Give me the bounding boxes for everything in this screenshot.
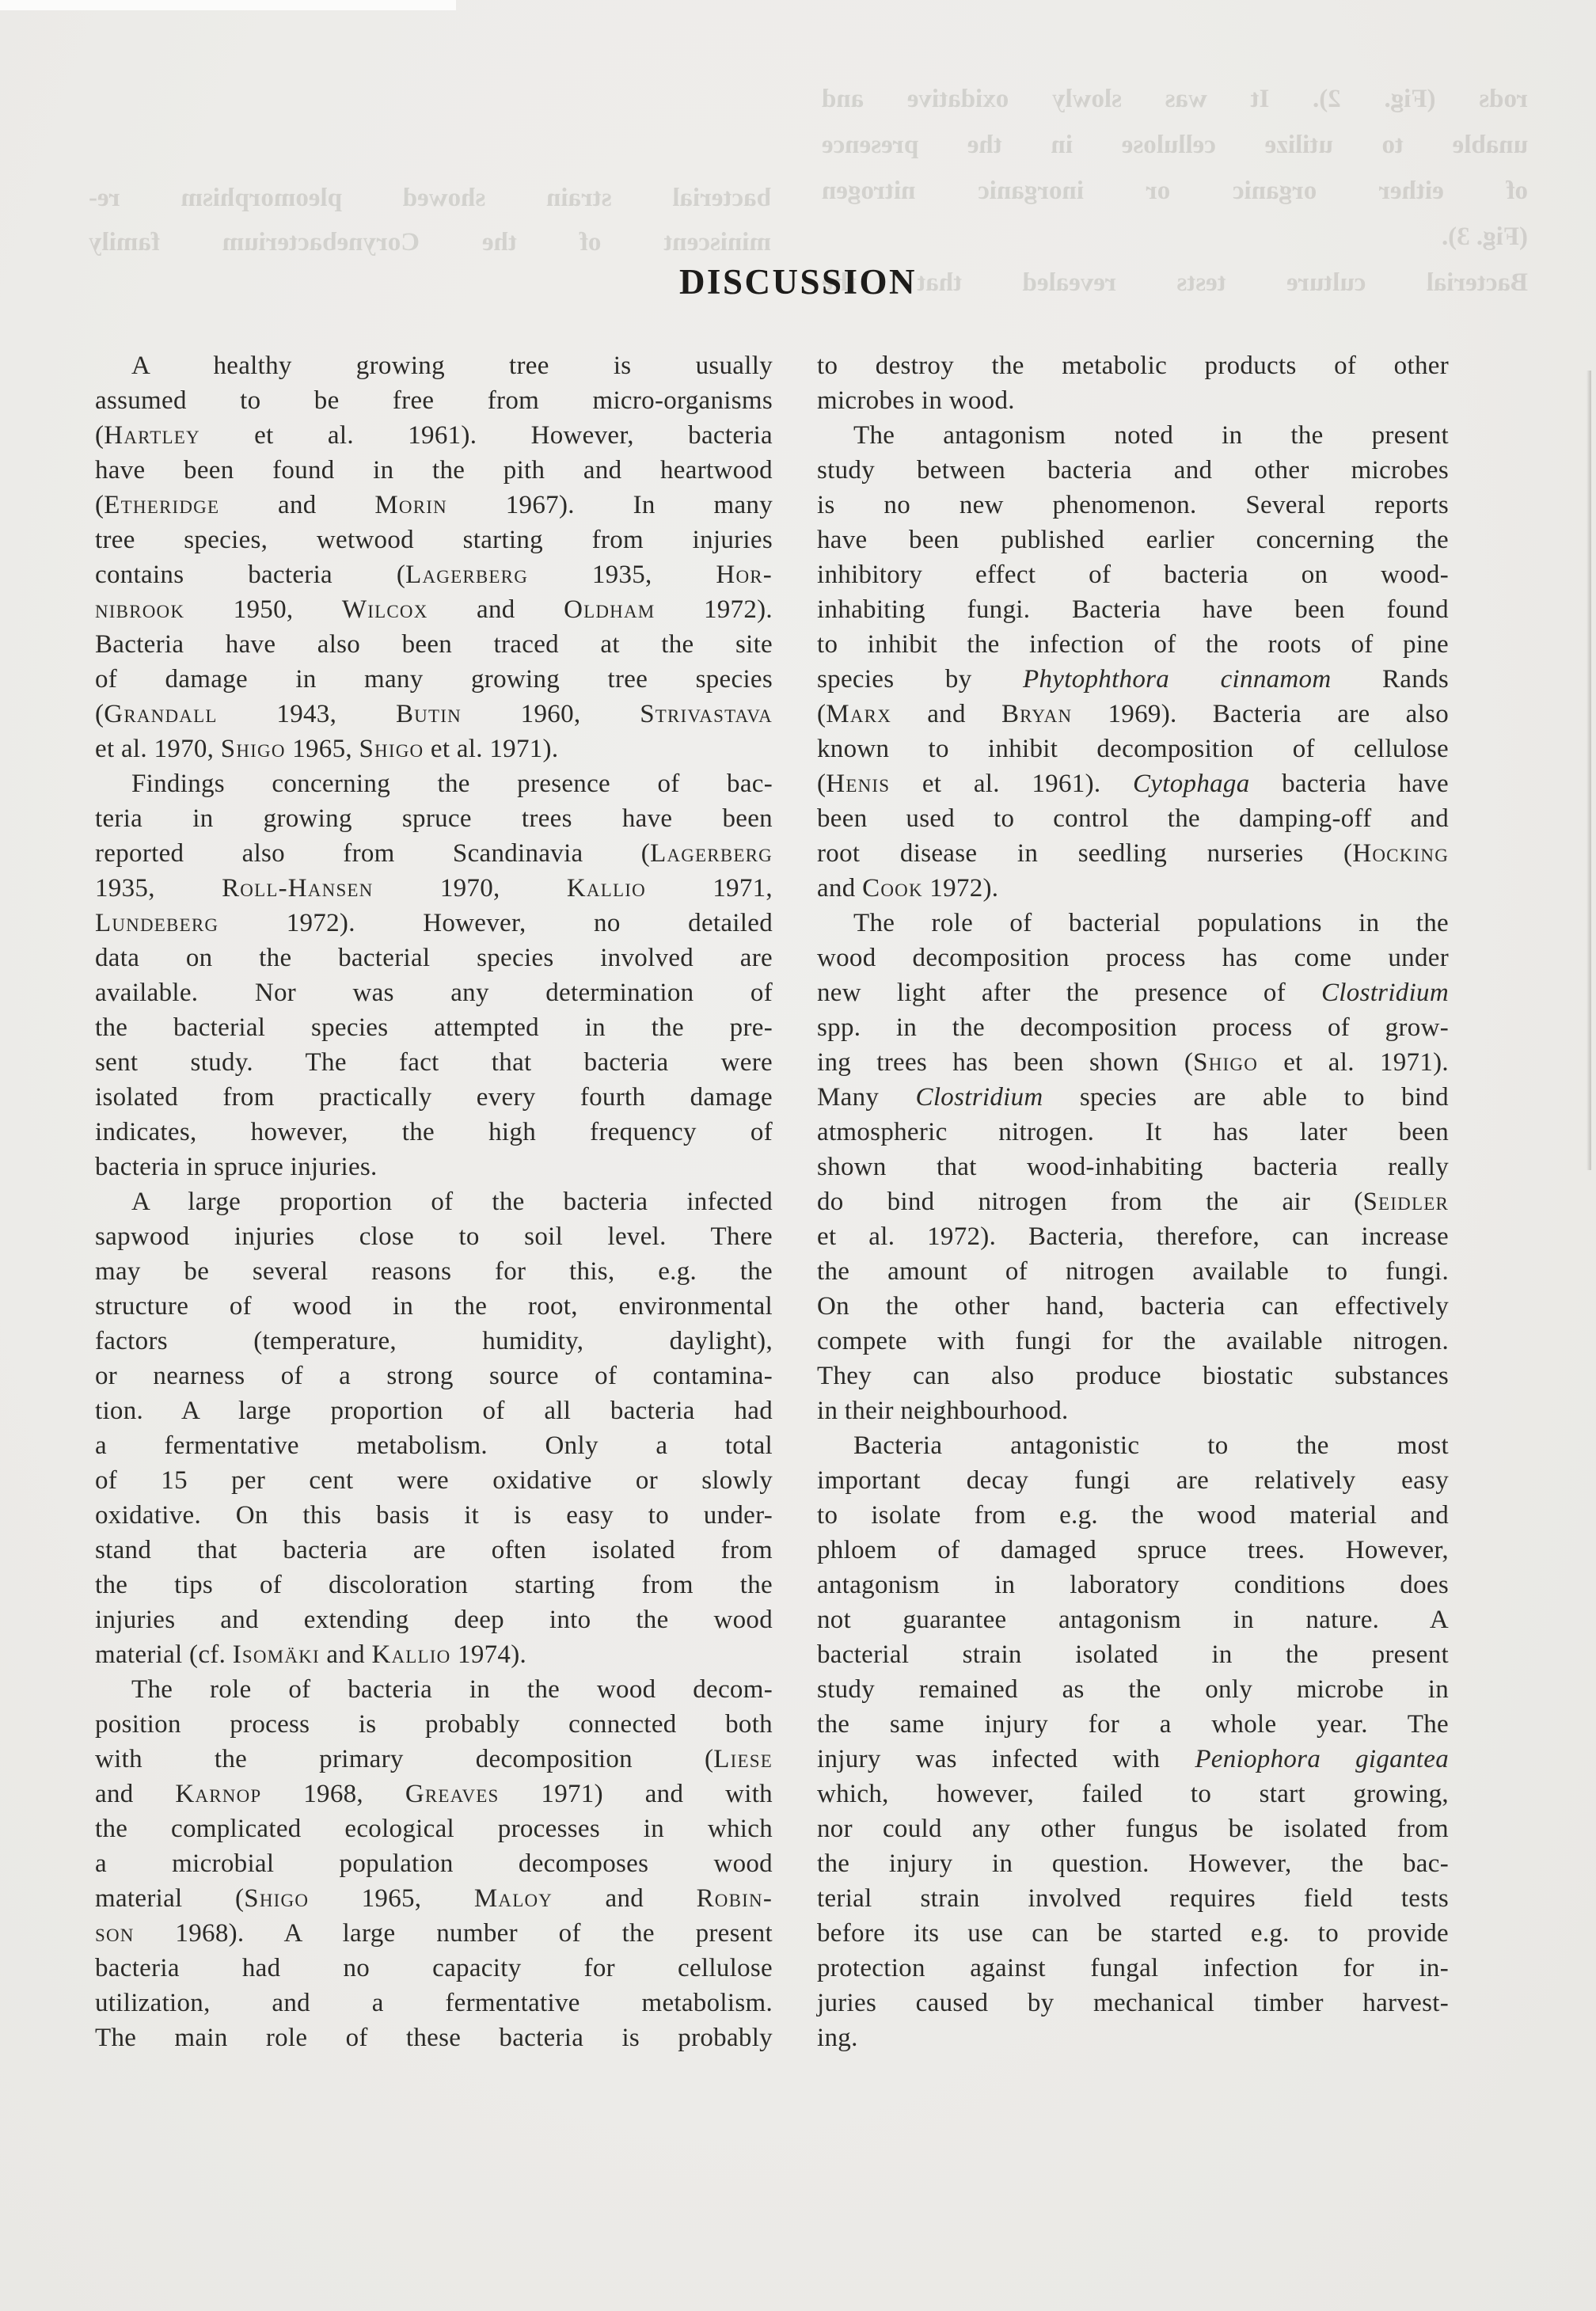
text-line: study remained as the only microbe in: [817, 1672, 1449, 1707]
text-line: The role of bacteria in the wood decom-: [95, 1672, 773, 1707]
text-line: in their neighbourhood.: [817, 1393, 1449, 1428]
text-line: may be several reasons for this, e.g. th…: [95, 1254, 773, 1289]
species-italic: Clostridium: [1321, 979, 1449, 1007]
author-smallcaps: Wilcox: [342, 595, 428, 624]
text-line: the tips of discoloration starting from …: [95, 1568, 773, 1602]
text-line: Lundeberg 1972). However, no detailed: [95, 906, 773, 941]
author-smallcaps: Butin: [396, 700, 462, 728]
author-smallcaps: Shigo: [244, 1884, 309, 1913]
author-smallcaps: Shigo: [359, 735, 424, 763]
text-line: a microbial population decomposes wood: [95, 1846, 773, 1881]
text-line: compete with fungi for the available nit…: [817, 1324, 1449, 1359]
text-line: teria in growing spruce trees have been: [95, 801, 773, 836]
text-line: bacteria had no capacity for cellulose: [95, 1951, 773, 1986]
page-crease: [1586, 371, 1591, 1170]
text-line: been used to control the damping-off and: [817, 801, 1449, 836]
author-smallcaps: Maloy: [474, 1884, 553, 1913]
text-line: and Karnop 1968, Greaves 1971) and with: [95, 1777, 773, 1811]
text-line: contains bacteria (Lagerberg 1935, Hor-: [95, 557, 773, 592]
text-line: material (cf. Isomäki and Kallio 1974).: [95, 1637, 773, 1672]
author-smallcaps: Liese: [713, 1745, 773, 1773]
text-line: unable to utilize cellulose in the prese…: [822, 122, 1528, 168]
author-smallcaps: Cook: [862, 874, 923, 903]
text-line: A healthy growing tree is usually: [95, 348, 773, 383]
text-line: bacteria in spruce injuries.: [95, 1150, 773, 1184]
text-line: to inhibit the infection of the roots of…: [817, 627, 1449, 662]
text-line: tree species, wetwood starting from inju…: [95, 523, 773, 557]
text-line: sapwood injuries close to soil level. Th…: [95, 1219, 773, 1254]
author-smallcaps: Robin-: [697, 1884, 773, 1913]
text-line: assumed to be free from micro-organisms: [95, 383, 773, 418]
text-line: the complicated ecological processes in …: [95, 1811, 773, 1846]
section-heading: DISCUSSION: [0, 261, 1596, 302]
author-smallcaps: Isomäki: [233, 1640, 320, 1669]
text-line: species by Phytophthora cinnamom Rands: [817, 662, 1449, 697]
author-smallcaps: Shigo: [221, 735, 286, 763]
text-line: of 15 per cent were oxidative or slowly: [95, 1463, 773, 1498]
text-line: juries caused by mechanical timber harve…: [817, 1986, 1449, 2020]
text-line: injury was infected with Peniophora giga…: [817, 1742, 1449, 1777]
text-line: (Hartley et al. 1961). However, bacteria: [95, 418, 773, 453]
text-line: ing.: [817, 2020, 1449, 2055]
text-line: et al. 1972). Bacteria, therefore, can i…: [817, 1219, 1449, 1254]
text-line: Many Clostridium species are able to bin…: [817, 1080, 1449, 1115]
text-line: oxidative. On this basis it is easy to u…: [95, 1498, 773, 1533]
text-line: the injury in question. However, the bac…: [817, 1846, 1449, 1881]
author-smallcaps: Shigo: [1193, 1048, 1258, 1077]
author-smallcaps: Roll-Hansen: [222, 874, 373, 903]
text-line: miniscent of the Corynebacterium family: [89, 220, 771, 264]
author-smallcaps: Hartley: [104, 421, 200, 450]
text-line: The antagonism noted in the present: [817, 418, 1449, 453]
text-line: stand that bacteria are often isolated f…: [95, 1533, 773, 1568]
author-smallcaps: Oldham: [564, 595, 655, 624]
text-line: tion. A large proportion of all bacteria…: [95, 1393, 773, 1428]
species-italic: Cytophaga: [1133, 770, 1250, 798]
text-line: spp. in the decomposition process of gro…: [817, 1010, 1449, 1045]
author-smallcaps: Hocking: [1352, 839, 1449, 868]
author-smallcaps: son: [95, 1919, 135, 1948]
text-line: wood decomposition process has come unde…: [817, 941, 1449, 975]
text-line: shown that wood-inhabiting bacteria real…: [817, 1150, 1449, 1184]
bleedthrough-text-left: bacterial strain showed pleomorphism re-…: [89, 176, 771, 264]
scan-edge-artifact: [0, 0, 456, 10]
text-line: The main role of these bacteria is proba…: [95, 2020, 773, 2055]
text-line: a fermentative metabolism. Only a total: [95, 1428, 773, 1463]
species-italic: Peniophora gigantea: [1195, 1745, 1449, 1773]
text-line: Bacteria have also been traced at the si…: [95, 627, 773, 662]
text-line: (Etheridge and Morin 1967). In many: [95, 488, 773, 523]
text-line: inhabiting fungi. Bacteria have been fou…: [817, 592, 1449, 627]
right-column: to destroy the metabolic products of oth…: [817, 348, 1449, 2055]
left-column: A healthy growing tree is usuallyassumed…: [95, 348, 773, 2055]
text-line: material (Shigo 1965, Maloy and Robin-: [95, 1881, 773, 1916]
scanned-page: rods (Fig. 2). It was slowly oxidative a…: [0, 0, 1596, 2311]
text-line: bacterial strain showed pleomorphism re-: [89, 176, 771, 220]
text-line: Bacteria antagonistic to the most: [817, 1428, 1449, 1463]
author-smallcaps: Hor-: [716, 561, 773, 589]
text-line: do bind nitrogen from the air (Seidler: [817, 1184, 1449, 1219]
text-line: phloem of damaged spruce trees. However,: [817, 1533, 1449, 1568]
text-line: or nearness of a strong source of contam…: [95, 1359, 773, 1393]
author-smallcaps: Lagerberg: [405, 561, 528, 589]
species-italic: Phytophthora cinnamom: [1023, 665, 1331, 694]
author-smallcaps: Lagerberg: [650, 839, 773, 868]
text-line: Findings concerning the presence of bac-: [95, 766, 773, 801]
author-smallcaps: Lundeberg: [95, 909, 218, 937]
text-line: data on the bacterial species involved a…: [95, 941, 773, 975]
author-smallcaps: Karnop: [175, 1780, 261, 1808]
text-line: A large proportion of the bacteria infec…: [95, 1184, 773, 1219]
text-line: antagonism in laboratory conditions does: [817, 1568, 1449, 1602]
text-line: not guarantee antagonism in nature. A: [817, 1602, 1449, 1637]
author-smallcaps: Kallio: [371, 1640, 450, 1669]
author-smallcaps: Strivastava: [640, 700, 773, 728]
text-line: which, however, failed to start growing,: [817, 1777, 1449, 1811]
text-line: et al. 1970, Shigo 1965, Shigo et al. 19…: [95, 732, 773, 766]
author-smallcaps: Etheridge: [104, 491, 219, 519]
text-line: is no new phenomenon. Several reports: [817, 488, 1449, 523]
text-line: protection against fungal infection for …: [817, 1951, 1449, 1986]
text-line: injuries and extending deep into the woo…: [95, 1602, 773, 1637]
text-line: and Cook 1972).: [817, 871, 1449, 906]
text-line: rods (Fig. 2). It was slowly oxidative a…: [822, 76, 1528, 122]
text-line: On the other hand, bacteria can effectiv…: [817, 1289, 1449, 1324]
text-line: They can also produce biostatic substanc…: [817, 1359, 1449, 1393]
author-smallcaps: Seidler: [1362, 1188, 1449, 1216]
text-line: the amount of nitrogen available to fung…: [817, 1254, 1449, 1289]
text-line: available. Nor was any determination of: [95, 975, 773, 1010]
text-line: nibrook 1950, Wilcox and Oldham 1972).: [95, 592, 773, 627]
author-smallcaps: Kallio: [567, 874, 646, 903]
text-line: position process is probably connected b…: [95, 1707, 773, 1742]
text-line: of either organic or inorganic nitrogen: [822, 168, 1528, 214]
text-line: isolated from practically every fourth d…: [95, 1080, 773, 1115]
author-smallcaps: Greaves: [405, 1780, 500, 1808]
text-line: 1935, Roll-Hansen 1970, Kallio 1971,: [95, 871, 773, 906]
text-line: indicates, however, the high frequency o…: [95, 1115, 773, 1150]
text-line: have been published earlier concerning t…: [817, 523, 1449, 557]
text-line: son 1968). A large number of the present: [95, 1916, 773, 1951]
text-line: sent study. The fact that bacteria were: [95, 1045, 773, 1080]
text-line: nor could any other fungus be isolated f…: [817, 1811, 1449, 1846]
text-line: root disease in seedling nurseries (Hock…: [817, 836, 1449, 871]
author-smallcaps: Marx: [826, 700, 891, 728]
text-line: microbes in wood.: [817, 383, 1449, 418]
text-line: new light after the presence of Clostrid…: [817, 975, 1449, 1010]
text-line: (Grandall 1943, Butin 1960, Strivastava: [95, 697, 773, 732]
text-line: study between bacteria and other microbe…: [817, 453, 1449, 488]
text-line: ing trees has been shown (Shigo et al. 1…: [817, 1045, 1449, 1080]
author-smallcaps: nibrook: [95, 595, 184, 624]
text-line: known to inhibit decomposition of cellul…: [817, 732, 1449, 766]
text-line: reported also from Scandinavia (Lagerber…: [95, 836, 773, 871]
author-smallcaps: Grandall: [104, 700, 217, 728]
author-smallcaps: Bryan: [1001, 700, 1072, 728]
text-line: terial strain involved requires field te…: [817, 1881, 1449, 1916]
text-line: factors (temperature, humidity, daylight…: [95, 1324, 773, 1359]
text-line: the bacterial species attempted in the p…: [95, 1010, 773, 1045]
species-italic: Clostridium: [916, 1083, 1043, 1112]
text-line: bacterial strain isolated in the present: [817, 1637, 1449, 1672]
text-line: before its use can be started e.g. to pr…: [817, 1916, 1449, 1951]
text-line: (Fig. 3).: [822, 214, 1528, 260]
text-line: utilization, and a fermentative metaboli…: [95, 1986, 773, 2020]
text-line: have been found in the pith and heartwoo…: [95, 453, 773, 488]
author-smallcaps: Henis: [826, 770, 890, 798]
text-line: atmospheric nitrogen. It has later been: [817, 1115, 1449, 1150]
text-line: The role of bacterial populations in the: [817, 906, 1449, 941]
text-line: of damage in many growing tree species: [95, 662, 773, 697]
author-smallcaps: Morin: [374, 491, 447, 519]
text-line: (Henis et al. 1961). Cytophaga bacteria …: [817, 766, 1449, 801]
text-line: important decay fungi are relatively eas…: [817, 1463, 1449, 1498]
text-line: the same injury for a whole year. The: [817, 1707, 1449, 1742]
text-line: structure of wood in the root, environme…: [95, 1289, 773, 1324]
text-line: to destroy the metabolic products of oth…: [817, 348, 1449, 383]
text-line: inhibitory effect of bacteria on wood-: [817, 557, 1449, 592]
text-line: with the primary decomposition (Liese: [95, 1742, 773, 1777]
text-line: to isolate from e.g. the wood material a…: [817, 1498, 1449, 1533]
text-line: (Marx and Bryan 1969). Bacteria are also: [817, 697, 1449, 732]
